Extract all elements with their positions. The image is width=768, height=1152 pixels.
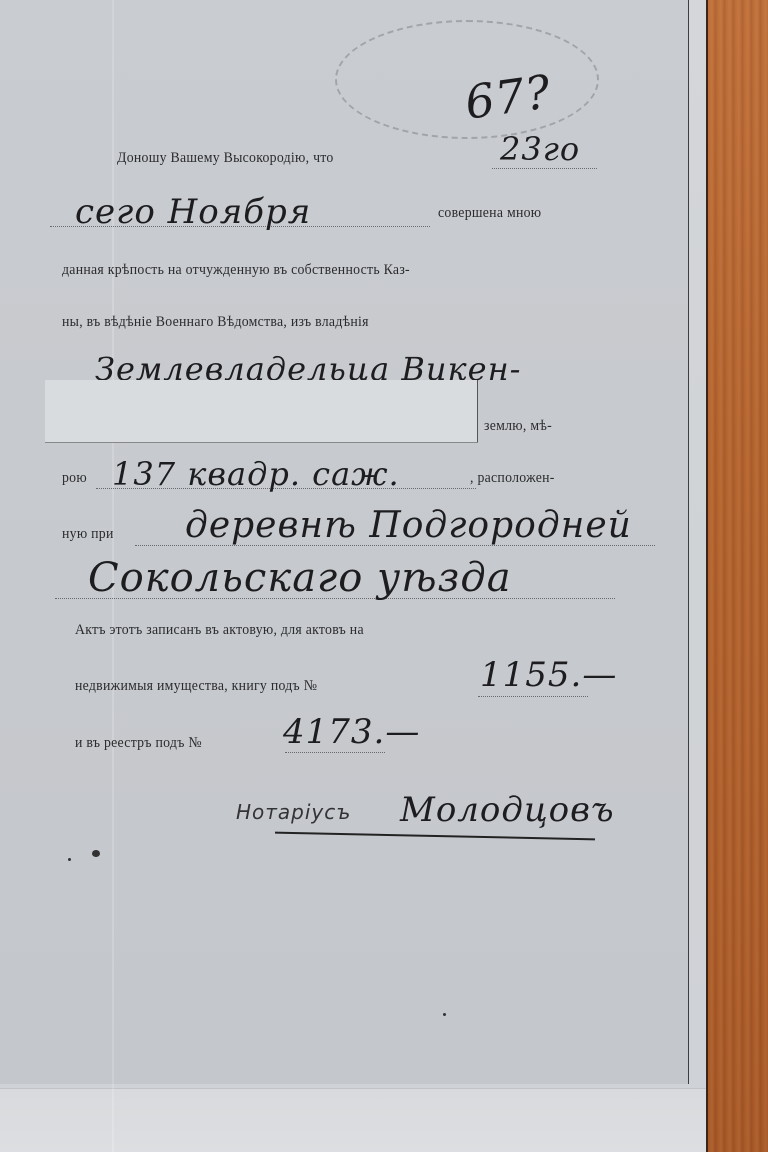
- text-line-10: Актъ этотъ записанъ въ актовую, для акто…: [75, 622, 364, 639]
- notary-signature: Молодцовъ: [400, 790, 615, 830]
- text-line-1: Доношу Вашему Высокородію, что: [117, 150, 334, 167]
- handwritten-village: деревнѣ Подгородней: [185, 505, 632, 546]
- ink-speck: [68, 858, 71, 861]
- fill-line: [285, 752, 385, 753]
- fill-line: [478, 696, 588, 697]
- notary-label: Нотаріусъ: [236, 800, 351, 824]
- text-line-8: ную при: [62, 526, 114, 543]
- paper-fold-bottom: [0, 1088, 706, 1152]
- handwritten-area: 137 квадр. саж.: [112, 455, 400, 493]
- ink-speck: [92, 850, 100, 857]
- text-line-3: данная крѣпость на отчужденную въ собств…: [62, 262, 410, 279]
- handwritten-month: сего Ноября: [75, 192, 311, 232]
- handwritten-district: Сокольскаго уѣзда: [88, 555, 512, 601]
- text-line-2: совершена мною: [438, 205, 541, 222]
- redaction-patch: [45, 380, 478, 442]
- handwritten-registry-number: 4173.—: [283, 712, 420, 752]
- text-line-7b: , расположен-: [470, 470, 555, 487]
- text-line-12: и въ реестръ подъ №: [75, 735, 202, 752]
- handwritten-book-number: 1155.—: [480, 655, 617, 695]
- wooden-table-background: [706, 0, 768, 1152]
- text-line-7a: рою: [62, 470, 87, 487]
- handwritten-date: 23го: [500, 130, 580, 168]
- text-line-4: ны, въ вѣдѣніе Военнаго Вѣдомства, изъ в…: [62, 314, 369, 331]
- ink-speck: [443, 1013, 446, 1016]
- fill-line: [492, 168, 597, 169]
- document-paper: 67? Доношу Вашему Высокородію, что 23го …: [0, 0, 706, 1152]
- text-line-11: недвижимыя имущества, книгу подъ №: [75, 678, 317, 695]
- text-line-6: землю, мѣ-: [484, 418, 552, 435]
